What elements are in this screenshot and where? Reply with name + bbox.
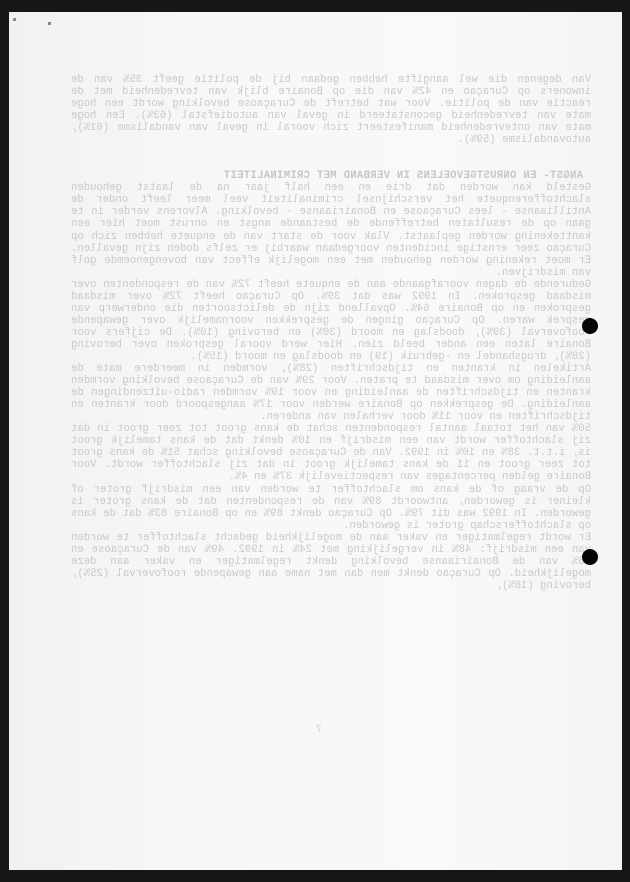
paragraph: 50% van het totaal aantal respondenten s… [71, 423, 591, 483]
scanned-page: Van degenen die wel aangifte hebben geda… [9, 12, 622, 870]
page-number: 7 [316, 724, 322, 736]
intro-paragraph: Van degenen die wel aangifte hebben geda… [71, 74, 591, 146]
speck-mark [48, 22, 51, 25]
punch-hole-top [582, 318, 598, 334]
paragraph: Gedurende de dagen voorafgaande aan de e… [71, 279, 591, 363]
body-text: Van degenen die wel aangifte hebben geda… [71, 74, 591, 592]
paragraph: Artikelen in kranten en tijdschriften (2… [71, 363, 591, 423]
mirrored-show-through: Van degenen die wel aangifte hebben geda… [9, 12, 622, 870]
paragraph: Gesteld kan worden dat drie en een half … [71, 182, 591, 278]
section-heading: ANGST- EN ONRUSTGEVOELENS IN VERBAND MET… [71, 170, 591, 182]
punch-hole-bottom [582, 549, 598, 565]
paragraph: Op de vraag of de kans om slachtoffer te… [71, 484, 591, 532]
speck-mark [13, 18, 16, 21]
paragraph: Er wordt regelmatiger en vaker aan de mo… [71, 532, 591, 592]
